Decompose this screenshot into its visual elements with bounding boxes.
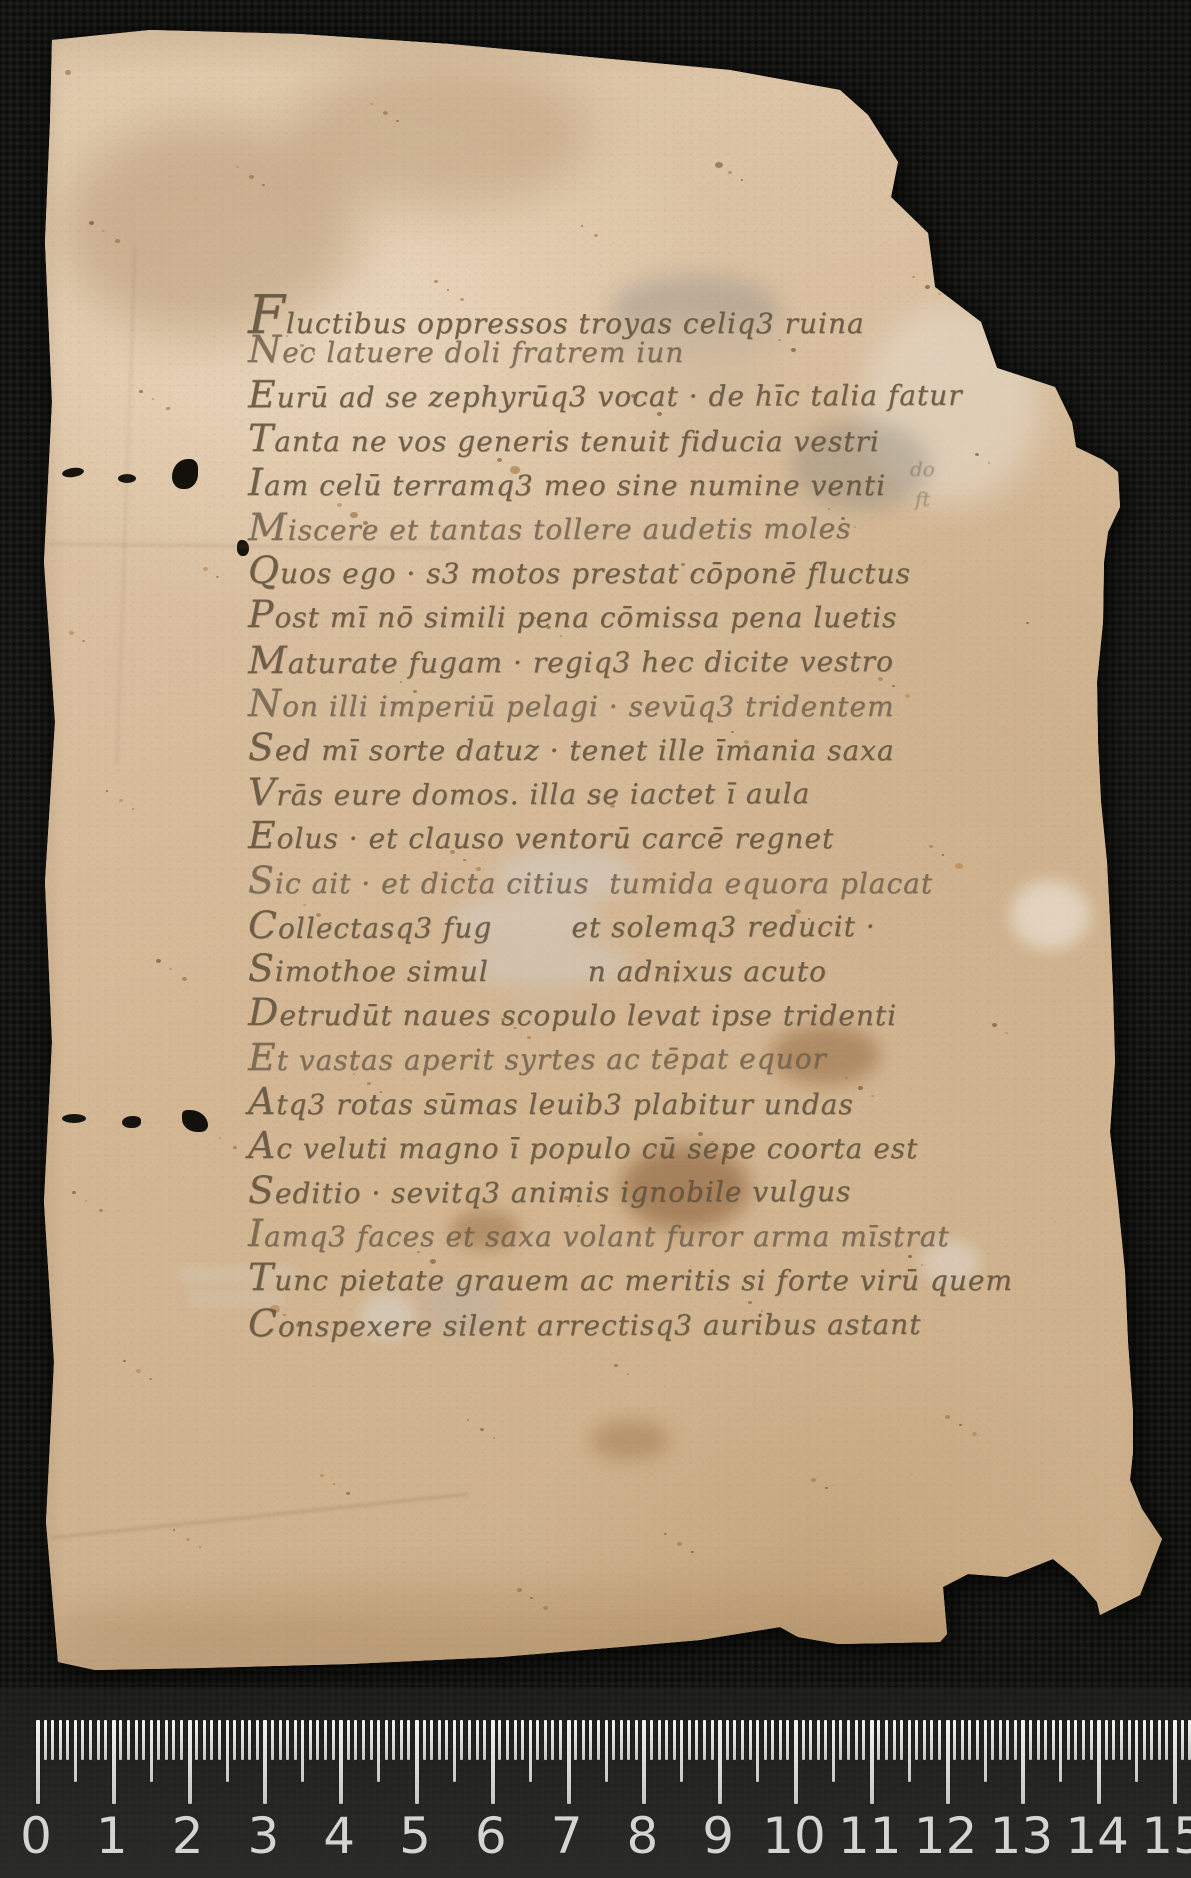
ruler-tick <box>1173 1720 1177 1804</box>
ruler-tick <box>915 1720 918 1760</box>
ruler-tick <box>1150 1720 1153 1760</box>
ruler-tick <box>1135 1720 1138 1782</box>
ruler-tick <box>309 1720 312 1760</box>
ruler-tick <box>786 1720 789 1760</box>
manuscript-line: Et vastas aperit syrtes ac tēpat equor <box>248 1031 827 1075</box>
ruler-tick <box>423 1720 426 1760</box>
ruler-tick <box>521 1720 524 1760</box>
ruler-tick <box>1120 1720 1123 1760</box>
latin-text-block: Fluctibus oppressos troyas celiq3 ruinaN… <box>30 25 1170 1675</box>
ruler-tick <box>885 1720 888 1760</box>
ruler-tick <box>157 1720 160 1760</box>
ruler-tick <box>491 1720 495 1804</box>
ruler-tick <box>695 1720 698 1760</box>
ruler-tick <box>847 1720 850 1760</box>
ruler-tick <box>241 1720 244 1760</box>
ruler-tick <box>741 1720 744 1760</box>
ruler-tick <box>551 1720 554 1760</box>
parchment-fragment: Fluctibus oppressos troyas celiq3 ruinaN… <box>30 25 1170 1675</box>
ruler-tick <box>529 1720 532 1782</box>
ruler-tick <box>802 1720 805 1760</box>
ruler-tick <box>771 1720 774 1760</box>
ruler-tick <box>476 1720 479 1760</box>
ruler-tick <box>226 1720 229 1782</box>
ruler-tick <box>385 1720 388 1760</box>
ruler-number: 1 <box>96 1811 128 1861</box>
ruler-tick <box>961 1720 964 1760</box>
manuscript-line: Sed mī sorte datuz · tenet ille īmania s… <box>248 723 895 765</box>
ruler-number: 9 <box>702 1811 734 1861</box>
ruler-tick <box>612 1720 615 1760</box>
ruler-tick <box>218 1720 221 1760</box>
ruler-tick <box>1052 1720 1055 1760</box>
ruler-tick <box>286 1720 289 1760</box>
speckle <box>888 125 892 128</box>
ruler-number: 7 <box>551 1811 583 1861</box>
ruler-tick <box>718 1720 722 1804</box>
ruler-number: 10 <box>762 1811 826 1861</box>
ruler-tick <box>377 1720 380 1782</box>
ruler-tick <box>1037 1720 1040 1760</box>
ruler-tick <box>74 1720 77 1782</box>
ruler-tick <box>839 1720 842 1760</box>
ruler-tick <box>392 1720 395 1760</box>
ruler-tick <box>1014 1720 1017 1760</box>
ruler-tick <box>271 1720 274 1760</box>
ruler-tick <box>680 1720 683 1782</box>
ruler-tick <box>165 1720 168 1760</box>
ruler-tick <box>44 1720 47 1760</box>
ruler-tick <box>1181 1720 1184 1760</box>
ruler-number: 15 <box>1141 1811 1191 1861</box>
ruler-tick <box>877 1720 880 1760</box>
manuscript-line: Maturate fugam · regiq3 hec dicite vestr… <box>248 633 894 677</box>
ruler-tick <box>104 1720 107 1760</box>
ruler-tick <box>301 1720 304 1782</box>
ruler-tick <box>749 1720 752 1760</box>
ruler-tick <box>506 1720 509 1760</box>
ruler-tick <box>688 1720 691 1760</box>
ruler-number: 8 <box>626 1811 658 1861</box>
ruler-tick <box>89 1720 92 1760</box>
ruler-tick <box>142 1720 145 1760</box>
ruler-number: 14 <box>1065 1811 1129 1861</box>
ruler-tick <box>764 1720 767 1760</box>
ruler-tick <box>756 1720 759 1782</box>
ruler-tick <box>59 1720 62 1760</box>
ruler-tick <box>809 1720 812 1760</box>
manuscript-line: Quos ego · s3 motos prestat cōponē fluct… <box>248 546 911 588</box>
ruler-tick <box>574 1720 577 1760</box>
ruler-number: 12 <box>914 1811 978 1861</box>
ruler-tick <box>1029 1720 1032 1760</box>
ruler-tick <box>438 1720 441 1760</box>
manuscript-line: Atq3 rotas sūmas leuib3 plabitur undas <box>248 1077 854 1119</box>
ruler-tick <box>559 1720 562 1760</box>
ruler-tick <box>1082 1720 1085 1760</box>
ruler-tick <box>1128 1720 1131 1760</box>
ruler-tick <box>150 1720 153 1782</box>
ruler-tick <box>97 1720 100 1760</box>
ruler-tick <box>203 1720 206 1760</box>
ruler-tick <box>900 1720 903 1760</box>
ruler-tick <box>1143 1720 1146 1760</box>
manuscript-line: Detrudūt naues scopulo levat ipse triden… <box>248 988 897 1030</box>
ruler-tick <box>354 1720 357 1760</box>
ruler-tick <box>514 1720 517 1760</box>
ruler-tick <box>1006 1720 1009 1760</box>
ruler-tick <box>1067 1720 1070 1760</box>
ruler-tick <box>210 1720 213 1760</box>
ruler-tick <box>324 1720 327 1760</box>
speckle <box>875 116 885 124</box>
manuscript-line: Vrās eure domos. illa se iactet ī aula <box>248 766 810 810</box>
parchment-wrapper: Fluctibus oppressos troyas celiq3 ruinaN… <box>30 25 1170 1675</box>
ruler-tick <box>483 1720 486 1760</box>
ruler-tick <box>984 1720 987 1782</box>
ruler-tick <box>862 1720 865 1760</box>
ruler-number: 3 <box>247 1811 279 1861</box>
marginal-mark: do <box>910 457 935 481</box>
ruler-tick <box>703 1720 706 1760</box>
ruler-tick <box>658 1720 661 1760</box>
ruler-tick <box>794 1720 798 1804</box>
ruler-tick <box>832 1720 835 1782</box>
speckle <box>1009 1592 1011 1594</box>
ruler-tick <box>347 1720 350 1760</box>
ruler-number: 13 <box>990 1811 1054 1861</box>
ruler-tick <box>256 1720 259 1760</box>
ruler-tick <box>711 1720 714 1760</box>
ruler-tick <box>946 1720 950 1804</box>
ruler-tick <box>445 1720 448 1760</box>
ruler-tick <box>976 1720 979 1760</box>
ruler-tick <box>665 1720 668 1760</box>
ruler-tick <box>930 1720 933 1760</box>
ruler-tick <box>66 1720 69 1760</box>
ruler-tick <box>536 1720 539 1760</box>
ruler-tick <box>635 1720 638 1760</box>
ruler-tick <box>627 1720 630 1760</box>
ruler-strip: 0123456789101112131415 <box>0 1687 1191 1878</box>
manuscript-line: Fluctibus oppressos troyas celiq3 ruina <box>248 281 865 323</box>
ruler-tick <box>248 1720 251 1760</box>
ruler-number: 11 <box>838 1811 902 1861</box>
ruler-tick <box>1165 1720 1168 1760</box>
manuscript-line: Ac veluti magno ī populo cū sepe coorta … <box>248 1121 918 1163</box>
ruler-tick <box>923 1720 926 1760</box>
manuscript-line: Simothoe simul n adnixus acuto <box>248 944 827 986</box>
manuscript-line: Sic ait · et dicta citius tumida equora … <box>248 856 933 898</box>
ruler-tick <box>779 1720 782 1760</box>
ruler-tick <box>1021 1720 1025 1804</box>
ruler-tick <box>407 1720 410 1760</box>
ruler-tick <box>460 1720 463 1760</box>
ruler-tick <box>135 1720 138 1760</box>
ruler-tick <box>430 1720 433 1760</box>
manuscript-line: Iamq3 faces et saxa volant furor arma mī… <box>248 1209 950 1251</box>
manuscript-line: Tanta ne vos generis tenuit fiducia vest… <box>248 414 880 456</box>
manuscript-line: Tunc pietate grauem ac meritis si forte … <box>248 1253 1013 1295</box>
ruler-tick <box>999 1720 1002 1760</box>
ruler-tick <box>36 1720 40 1804</box>
ruler-tick <box>127 1720 130 1760</box>
ruler-tick <box>991 1720 994 1760</box>
ruler-tick <box>1158 1720 1161 1760</box>
ruler-tick <box>938 1720 941 1760</box>
ruler-tick <box>339 1720 343 1804</box>
ruler-tick <box>1059 1720 1062 1782</box>
ruler-tick <box>233 1720 236 1760</box>
ruler-number: 0 <box>20 1811 52 1861</box>
ruler-tick <box>567 1720 571 1804</box>
ruler-tick <box>263 1720 267 1804</box>
ruler-tick <box>650 1720 653 1760</box>
manuscript-line: Collectasq3 fug et solemq3 reducit · <box>248 899 876 943</box>
ruler-tick <box>453 1720 456 1782</box>
ruler-tick <box>642 1720 646 1804</box>
manuscript-line: Iam celū terramq3 meo sine numine venti <box>248 458 886 500</box>
ruler-tick <box>1044 1720 1047 1760</box>
manuscript-line: Eurū ad se zephyrūq3 vocat · de hīc tali… <box>248 368 963 412</box>
ruler-tick <box>119 1720 122 1760</box>
ruler-tick <box>112 1720 116 1804</box>
ruler-number: 6 <box>475 1811 507 1861</box>
ruler-tick <box>870 1720 874 1804</box>
ruler-tick <box>908 1720 911 1782</box>
ruler-tick <box>1105 1720 1108 1760</box>
ruler-tick <box>544 1720 547 1760</box>
ruler-tick <box>893 1720 896 1760</box>
manuscript-line: Non illi imperiū pelagi · sevūq3 trident… <box>248 679 895 721</box>
ruler-tick <box>400 1720 403 1760</box>
manuscript-line: Nec latuere doli fratrem iun <box>248 325 684 367</box>
ruler-tick <box>673 1720 676 1760</box>
marginal-mark: ft <box>915 487 930 511</box>
manuscript-line: Seditio · sevitq3 animis ignobile vulgus <box>248 1164 852 1208</box>
ruler-tick <box>824 1720 827 1760</box>
ruler-tick <box>279 1720 282 1760</box>
ruler-tick <box>81 1720 84 1760</box>
ruler-tick <box>498 1720 501 1760</box>
ruler-tick <box>968 1720 971 1760</box>
ruler-tick <box>589 1720 592 1760</box>
ruler-tick <box>51 1720 54 1760</box>
ruler-tick <box>294 1720 297 1760</box>
ruler-tick <box>415 1720 419 1804</box>
ruler-tick <box>620 1720 623 1760</box>
ruler-tick <box>953 1720 956 1760</box>
ruler-tick <box>582 1720 585 1760</box>
ruler-tick <box>817 1720 820 1760</box>
ruler-number: 2 <box>172 1811 204 1861</box>
ruler-tick <box>733 1720 736 1760</box>
ruler-tick <box>1090 1720 1093 1760</box>
ruler-number: 5 <box>399 1811 431 1861</box>
manuscript-line: Post mī nō simili pena cōmissa pena luet… <box>248 590 897 632</box>
ruler-tick <box>1112 1720 1115 1760</box>
ruler-tick <box>172 1720 175 1760</box>
manuscript-line: Miscere et tantas tollere audetis moles <box>248 501 852 545</box>
speckle <box>862 107 866 110</box>
ruler-tick <box>597 1720 600 1760</box>
ruler-tick <box>1074 1720 1077 1760</box>
ruler-tick <box>188 1720 192 1804</box>
ruler-tick <box>1097 1720 1101 1804</box>
speckle <box>1022 1601 1026 1604</box>
ruler-tick <box>332 1720 335 1760</box>
ruler-tick <box>605 1720 608 1782</box>
ruler-tick <box>726 1720 729 1760</box>
ruler-tick <box>855 1720 858 1760</box>
ruler-tick <box>316 1720 319 1760</box>
ruler-tick <box>180 1720 183 1760</box>
photographed-manuscript-scene: Fluctibus oppressos troyas celiq3 ruinaN… <box>0 0 1191 1878</box>
ruler-tick <box>468 1720 471 1760</box>
ruler-number: 4 <box>323 1811 355 1861</box>
ruler-tick <box>362 1720 365 1760</box>
manuscript-line: Conspexere silent arrectisq3 auribus ast… <box>248 1296 922 1340</box>
manuscript-line: Eolus · et clauso ventorū carcē regnet <box>248 811 834 853</box>
ruler-tick <box>370 1720 373 1760</box>
ruler-tick <box>195 1720 198 1760</box>
